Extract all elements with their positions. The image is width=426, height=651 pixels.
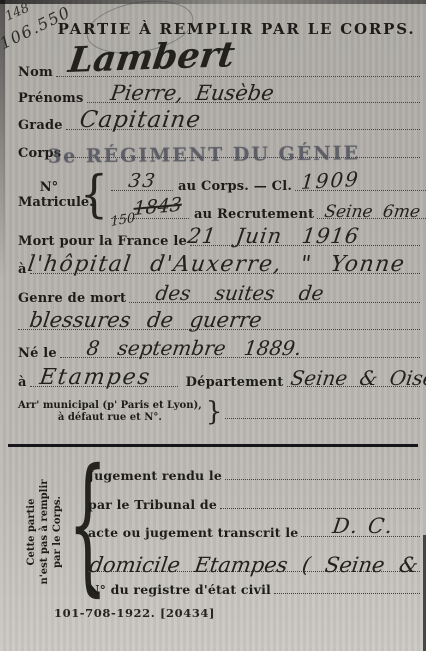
field-label-tribunal: par le Tribunal de	[88, 497, 217, 512]
field-row-genre-mort-2: blessures de guerre	[18, 315, 420, 333]
label-au-recrutement: au Recrutement	[194, 207, 314, 222]
field-label-arr-municipal: Arr' municipal (p' Paris et Lyon), à déf…	[18, 400, 202, 424]
dotted-line: 33	[111, 190, 173, 191]
dotted-line	[274, 593, 420, 594]
handwritten-domicile: domicile Etampes ( Seine & Oise	[88, 553, 426, 577]
handwritten-numero-corps: 33	[127, 170, 158, 192]
dotted-line: domicile Etampes ( Seine & Oise	[88, 571, 420, 572]
field-row-arr-municipal: Arr' municipal (p' Paris et Lyon), à déf…	[18, 400, 420, 424]
handwritten-ne-lieu: Etampes	[38, 365, 153, 390]
death-record-card: 148 106.550 PARTIE À REMPLIR PAR LE CORP…	[0, 0, 426, 651]
field-row-domicile: domicile Etampes ( Seine & Oise	[88, 559, 420, 575]
dotted-line: des suites de	[129, 302, 420, 303]
field-label-registre: N° du registre d'état civil	[88, 582, 271, 597]
handwritten-mort-lieu: l'hôpital d'Auxerre, " Yonne	[26, 252, 407, 277]
arr-label-line2: à défaut rue et N°.	[18, 412, 202, 424]
field-label-nom: Nom	[18, 65, 53, 80]
label-au-corps: au Corps. — Cl.	[178, 179, 292, 194]
field-row-transcrit: acte ou jugement transcrit le D. C.	[88, 524, 420, 540]
print-code: 101-708-1922. [20434]	[54, 606, 215, 620]
handwritten-departement: Seine & Oise	[289, 366, 426, 390]
handwritten-grade: Capitaine	[78, 107, 203, 133]
field-label-ne-le: Né le	[18, 346, 57, 361]
handwritten-bureau: Seine 6me Bureau	[323, 202, 426, 222]
matricule-rows: 33 au Corps. — Cl. 1909 150 1843 au Recr…	[108, 168, 426, 222]
matricule-row-corps: 33 au Corps. — Cl. 1909	[108, 168, 426, 194]
handwritten-nom: Lambert	[66, 34, 237, 81]
field-row-registre: N° du registre d'état civil	[88, 581, 420, 597]
dotted-line: D. C.	[301, 536, 420, 537]
matricule-label-line2: Matricule.	[18, 195, 80, 210]
field-row-jugement: Jugement rendu le	[88, 467, 420, 483]
field-row-naissance: Né le 8 septembre 1889.	[18, 343, 420, 361]
field-label-departement: Département	[186, 375, 284, 390]
handwritten-classe: 1909	[300, 167, 361, 194]
field-label-prenoms: Prénoms	[18, 91, 84, 106]
field-label-genre-mort: Genre de mort	[18, 291, 126, 306]
dotted-line: 1909	[295, 190, 426, 191]
side-note-line1: Cette partie	[25, 457, 38, 607]
dotted-line: Seine & Oise	[287, 386, 421, 387]
handwritten-genre-mort-1: des suites de	[154, 281, 325, 305]
matricule-block: N° Matricule. { 33 au Corps. — Cl. 1909 …	[18, 168, 426, 222]
side-note-line3: par le Corps.	[51, 457, 64, 607]
matricule-label-line1: N°	[18, 180, 80, 195]
field-label-jugement: Jugement rendu le	[88, 468, 222, 483]
dotted-line: Lambert	[56, 76, 420, 77]
field-row-nom: Nom Lambert	[18, 58, 420, 80]
dotted-line: Etampes	[30, 386, 178, 387]
handwritten-genre-mort-2: blessures de guerre	[28, 308, 263, 332]
field-row-tribunal: par le Tribunal de	[88, 496, 420, 512]
matricule-label: N° Matricule.	[18, 180, 80, 210]
side-note-vertical: Cette partie n'est pas à remplir par le …	[25, 457, 65, 607]
field-label-transcrit: acte ou jugement transcrit le	[88, 525, 298, 540]
dotted-line: 150 1843	[111, 218, 189, 219]
field-row-grade: Grade Capitaine	[18, 115, 420, 133]
dotted-line: 21 Juin 1916	[190, 245, 420, 246]
handwritten-transcrit-note: D. C.	[331, 514, 396, 538]
field-row-mort: Mort pour la France le 21 Juin 1916	[18, 231, 420, 249]
arr-label-line1: Arr' municipal (p' Paris et Lyon),	[18, 400, 202, 412]
handwritten-numero-barre: 1843	[133, 194, 182, 220]
handwritten-prenoms: Pierre, Eusèbe	[109, 81, 275, 105]
matricule-row-recrutement: 150 1843 au Recrutement Seine 6me Bureau	[108, 196, 426, 222]
dotted-line: Pierre, Eusèbe	[87, 102, 421, 103]
brace-decoration: }	[206, 397, 223, 427]
bottom-section: Cette partie n'est pas à remplir par le …	[18, 452, 420, 604]
dotted-line: l'hôpital d'Auxerre, " Yonne	[30, 273, 420, 274]
dotted-line: 8 septembre 1889.	[60, 357, 420, 358]
dotted-line: Capitaine	[66, 129, 420, 130]
handwritten-mort-date: 21 Juin 1916	[186, 224, 361, 248]
handwritten-numero-corrige: 150	[110, 211, 135, 230]
dotted-line	[225, 418, 420, 419]
side-note-line2: n'est pas à remplir	[38, 457, 51, 607]
dotted-line: blessures de guerre	[18, 329, 420, 330]
dotted-line: Seine 6me Bureau	[317, 218, 426, 219]
dotted-line	[220, 508, 420, 509]
field-row-naissance-lieu: à Etampes Département Seine & Oise	[18, 372, 420, 390]
brace-decoration: {	[80, 164, 108, 226]
field-label-a2: à	[18, 375, 27, 390]
field-row-corps: Corps 3e RÉGIMENT DU GÉNIE	[18, 143, 420, 161]
dotted-line	[225, 479, 420, 480]
field-row-genre-mort: Genre de mort des suites de	[18, 288, 420, 306]
handwritten-ne-date: 8 septembre 1889.	[85, 336, 303, 360]
field-row-prenoms: Prénoms Pierre, Eusèbe	[18, 88, 420, 106]
field-label-grade: Grade	[18, 118, 63, 133]
field-label-mort: Mort pour la France le	[18, 234, 187, 249]
field-row-mort-lieu: à l'hôpital d'Auxerre, " Yonne	[18, 259, 420, 277]
